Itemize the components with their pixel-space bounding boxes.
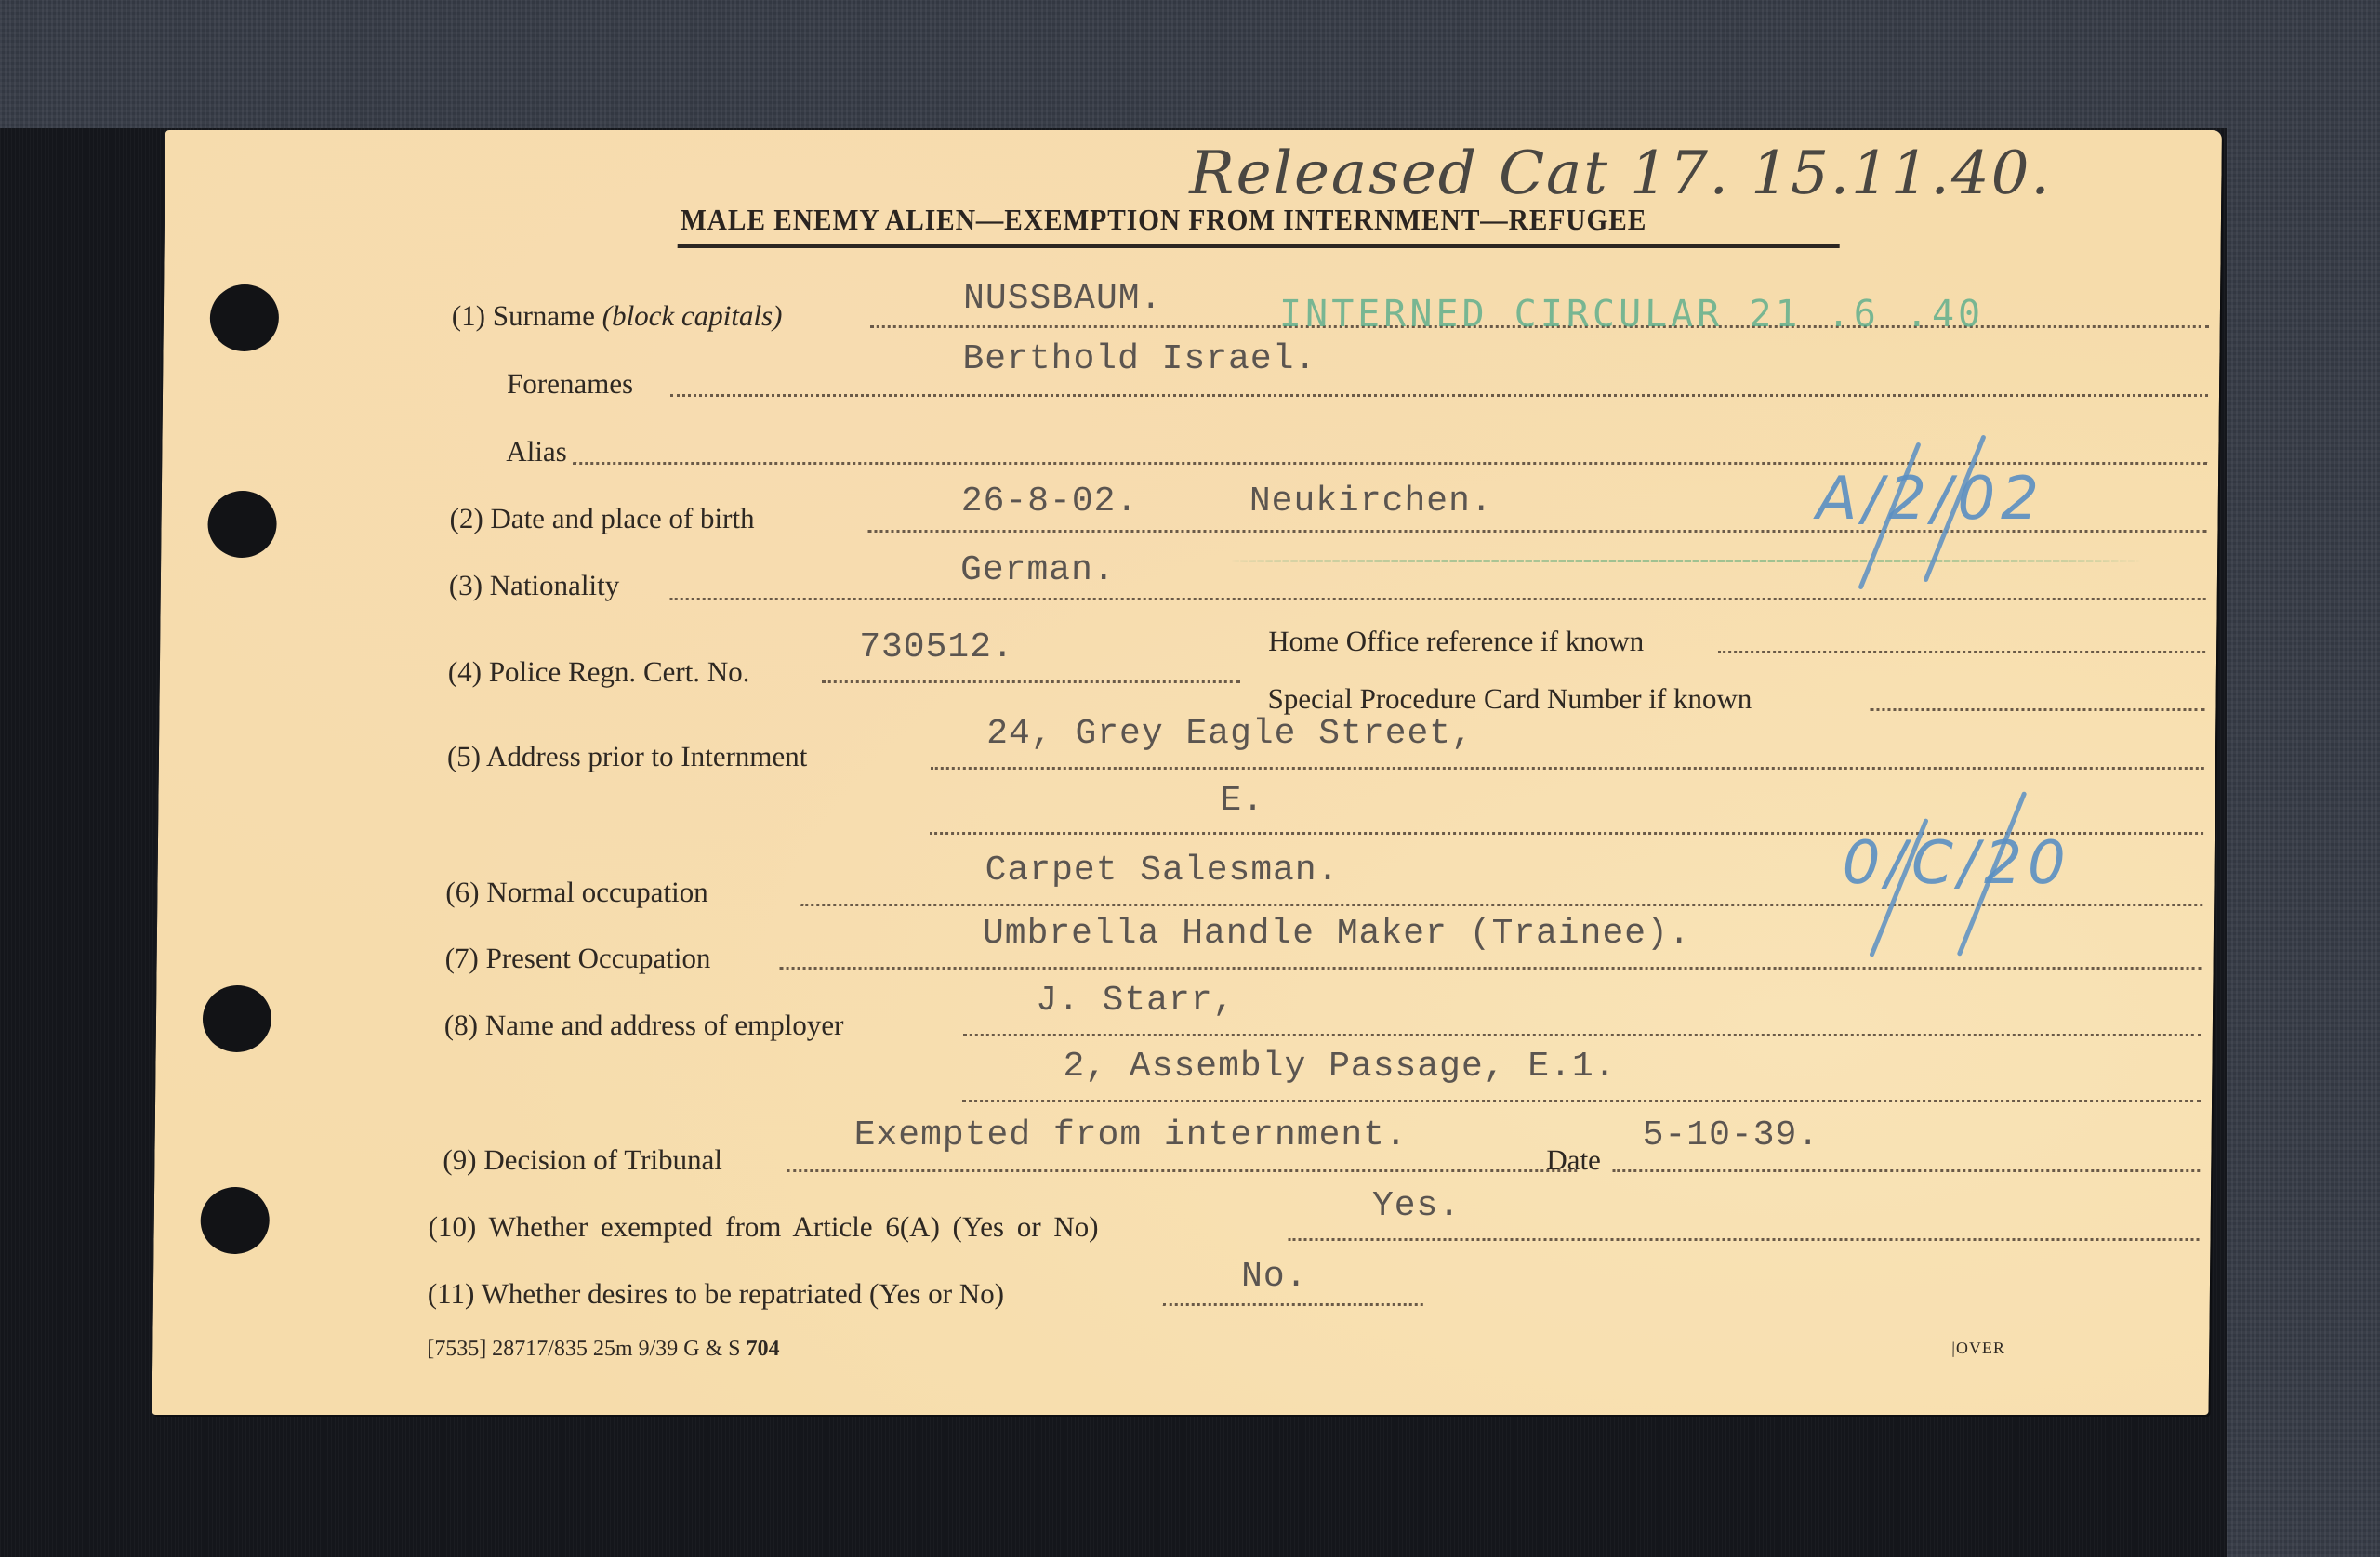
tribunal-date-value: 5-10-39. [1642, 1115, 1819, 1155]
address-value-line-2: E. [1220, 781, 1264, 821]
special-procedure-label: Special Procedure Card Number if known [1267, 682, 1752, 716]
employer-value-line-2: 2, Assembly Passage, E.1. [1063, 1047, 1617, 1087]
birth-place-value: Neukirchen. [1249, 482, 1493, 521]
birth-label: (2) Date and place of birth [449, 502, 754, 535]
index-card: Released Cat 17. 15.11.40. MALE ENEMY AL… [152, 130, 2222, 1415]
employer-line-2 [962, 1100, 2201, 1102]
employer-label: (8) Name and address of employer [444, 1009, 844, 1042]
green-ink-mark [1202, 560, 2169, 562]
handwritten-release-note: Released Cat 17. 15.11.40. [1189, 139, 2052, 208]
special-procedure-line [1870, 708, 2204, 711]
nationality-line [670, 598, 2206, 600]
police-cert-value: 730512. [859, 627, 1014, 667]
tribunal-line [787, 1169, 1577, 1172]
nationality-label: (3) Nationality [449, 569, 620, 602]
repatriation-value: No. [1241, 1257, 1308, 1297]
title-underline [678, 244, 1840, 248]
home-office-ref-line [1718, 651, 2205, 653]
punch-hole [200, 1187, 270, 1254]
normal-occupation-label: (6) Normal occupation [445, 876, 708, 909]
punch-hole [210, 284, 280, 351]
punch-hole [203, 985, 272, 1052]
article-6a-value: Yes. [1372, 1186, 1461, 1226]
employer-value-line-1: J. Starr, [1036, 981, 1236, 1021]
tribunal-date-line [1612, 1169, 2200, 1172]
forenames-line [670, 394, 2208, 397]
address-label: (5) Address prior to Internment [447, 740, 808, 773]
repatriation-line [1163, 1303, 1423, 1306]
normal-occupation-line [800, 904, 2202, 906]
police-cert-line [822, 680, 1240, 683]
surname-value: NUSSBAUM. [963, 279, 1163, 319]
alias-label: Alias [506, 435, 567, 468]
address-line-1 [931, 767, 2204, 770]
police-cert-label: (4) Police Regn. Cert. No. [448, 655, 750, 689]
forenames-value: Berthold Israel. [962, 339, 1316, 379]
normal-occupation-value: Carpet Salesman. [985, 851, 1339, 891]
nationality-value: German. [960, 550, 1116, 590]
punch-hole [207, 491, 277, 558]
card-title: MALE ENEMY ALIEN—EXEMPTION FROM INTERNME… [681, 203, 1647, 237]
tribunal-label: (9) Decision of Tribunal [443, 1143, 722, 1177]
present-occupation-label: (7) Present Occupation [444, 942, 710, 975]
repatriation-label: (11) Whether desires to be repatriated (… [428, 1277, 1004, 1311]
tribunal-date-label: Date [1546, 1143, 1601, 1177]
present-occupation-line [780, 967, 2202, 970]
occupation-annotation: 0/C/20 [1842, 829, 2071, 898]
tribunal-value: Exempted from internment. [853, 1115, 1408, 1155]
article-6a-line [1288, 1238, 2199, 1241]
birth-date-value: 26-8-02. [961, 482, 1139, 521]
article-6a-label: (10) Whether exempted from Article 6(A) … [428, 1210, 1098, 1244]
employer-line-1 [963, 1034, 2201, 1036]
home-office-ref-label: Home Office reference if known [1268, 625, 1644, 658]
present-occupation-value: Umbrella Handle Maker (Trainee). [983, 914, 1691, 954]
birth-annotation: A/2/02 [1816, 465, 2044, 534]
print-code: [7535] 28717/835 25m 9/39 G & S 704 [427, 1337, 780, 1362]
over-indicator: |OVER [1951, 1339, 2005, 1358]
surname-label: (1) Surname (block capitals) [452, 299, 783, 333]
address-value-line-1: 24, Grey Eagle Street, [986, 714, 1474, 754]
interned-circular-stamp: INTERNED CIRCULAR 21 .6 .40 [1279, 293, 1985, 336]
forenames-label: Forenames [507, 367, 633, 401]
